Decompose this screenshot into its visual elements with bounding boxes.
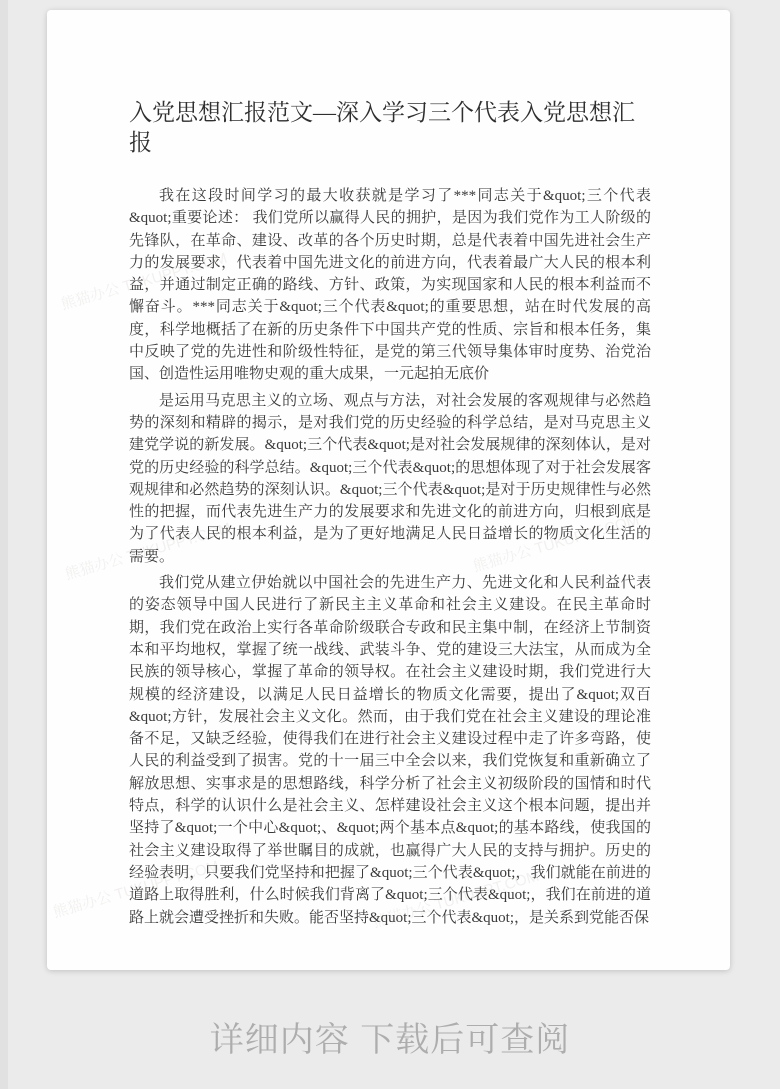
document-title: 入党思想汇报范文—深入学习三个代表入党思想汇报 [129, 98, 651, 158]
document-paragraph: 是运用马克思主义的立场、观点与方法，对社会发展的客观规律与必然趋势的深刻和精辟的… [129, 390, 651, 568]
document-page-preview: 入党思想汇报范文—深入学习三个代表入党思想汇报 我在这段时间学习的最大收获就是学… [47, 10, 730, 970]
document-paragraph: 我在这段时间学习的最大收获就是学习了***同志关于&quot;三个代表&quot… [129, 185, 651, 386]
document-paragraph: 我们党从建立伊始就以中国社会的先进生产力、先进文化和人民利益代表的姿态领导中国人… [129, 572, 651, 929]
page-content: 入党思想汇报范文—深入学习三个代表入党思想汇报 我在这段时间学习的最大收获就是学… [47, 10, 730, 929]
download-hint: 详细内容 下载后可查阅 [0, 1018, 780, 1062]
left-edge-strip [0, 0, 8, 1089]
